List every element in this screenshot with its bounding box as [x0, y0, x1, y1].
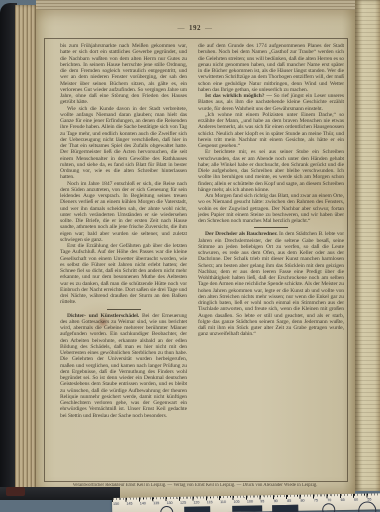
- ruler-stencil-slot: [184, 506, 210, 512]
- ruler-number: 80: [301, 498, 314, 502]
- ruler-stencil-slot: [272, 505, 298, 512]
- section-divider-rule: [254, 227, 288, 228]
- ruler-number: 125: [180, 501, 193, 505]
- article-lead-title: Dichter- und Künstlerschädel.: [67, 313, 142, 319]
- body-paragraph: bis zum Frühjahrsmarkte nach Meißen geko…: [60, 43, 187, 106]
- ruler-number: 150: [113, 502, 126, 506]
- ruler-stencil-circle: [160, 506, 173, 512]
- ruler-number: 130: [167, 501, 180, 505]
- body-paragraph: die auf dem Grunde des 1774 aufgenommene…: [198, 43, 344, 93]
- page-number-dash-left: —: [174, 24, 190, 32]
- page-number-value: 192: [189, 24, 201, 32]
- ruler-number: 85: [287, 499, 300, 503]
- article-lead-paragraph: Dichter- und Künstlerschädel. Bei der Er…: [60, 313, 187, 419]
- page-number: —192—: [36, 24, 354, 32]
- cover-corner-detail: [6, 487, 25, 496]
- body-paragraph: Erst die Erzählung der Gefährten gab übe…: [60, 243, 187, 306]
- ruler-stencil-circle: [322, 503, 335, 512]
- ruler-number: 75: [314, 498, 327, 502]
- photo-of-open-book: —192— bis zum Frühjahrsmarkte nach Meiße…: [0, 0, 380, 512]
- ruler-number: 120: [193, 500, 206, 504]
- ruler-number: 95: [260, 499, 273, 503]
- ruler-number: 145: [126, 502, 139, 506]
- ruler-number: 140: [140, 501, 153, 505]
- section-divider-rule: [107, 309, 141, 310]
- ruler-number: 110: [220, 500, 233, 504]
- article-lead-paragraph: Der Drechsler als Bauchredner. In dem St…: [198, 231, 344, 337]
- ruler-number: 65: [341, 498, 354, 502]
- ruler-number: 105: [234, 500, 247, 504]
- page-edge-stack-left: [15, 5, 38, 493]
- ruler-number: 90: [274, 499, 287, 503]
- scanned-book-page: —192— bis zum Frühjahrsmarkte nach Meiße…: [36, 10, 355, 498]
- page-number-dash-right: —: [201, 24, 217, 32]
- underlying-page-edge: [355, 0, 380, 491]
- left-text-column: bis zum Frühjahrsmarkte nach Meißen geko…: [60, 43, 187, 473]
- article-lead-title: Ist das wirklich möglich? —: [205, 93, 274, 99]
- ruler-stencil-slot: [232, 505, 262, 512]
- body-paragraph: Er berichtete mir, es sei aus seiner Stu…: [198, 149, 344, 193]
- body-paragraph: Wie sich die Kunde davon in der Stadt ve…: [60, 106, 187, 181]
- ruler-number: 70: [327, 498, 340, 502]
- text-columns: bis zum Frühjahrsmarkte nach Meißen geko…: [60, 43, 344, 473]
- article-lead-paragraph: Ist das wirklich möglich? — So rief jüng…: [198, 93, 344, 112]
- body-paragraph: „Ich wohne mit einem Polizisten unter Ei…: [198, 112, 344, 150]
- ruler-stencil-circle: [358, 501, 376, 512]
- ruler-number: 135: [153, 501, 166, 505]
- article-lead-title: Der Drechsler als Bauchredner.: [205, 231, 279, 237]
- right-text-column: die auf dem Grunde des 1774 aufgenommene…: [198, 43, 344, 473]
- ruler-number: 115: [207, 500, 220, 504]
- body-paragraph: Am Morgen fand sich richtig das Blatt, u…: [198, 193, 344, 224]
- body-paragraph: Noch im Jahre 1847 entschloß er sich, di…: [60, 181, 187, 244]
- ruler-number: 100: [247, 499, 260, 503]
